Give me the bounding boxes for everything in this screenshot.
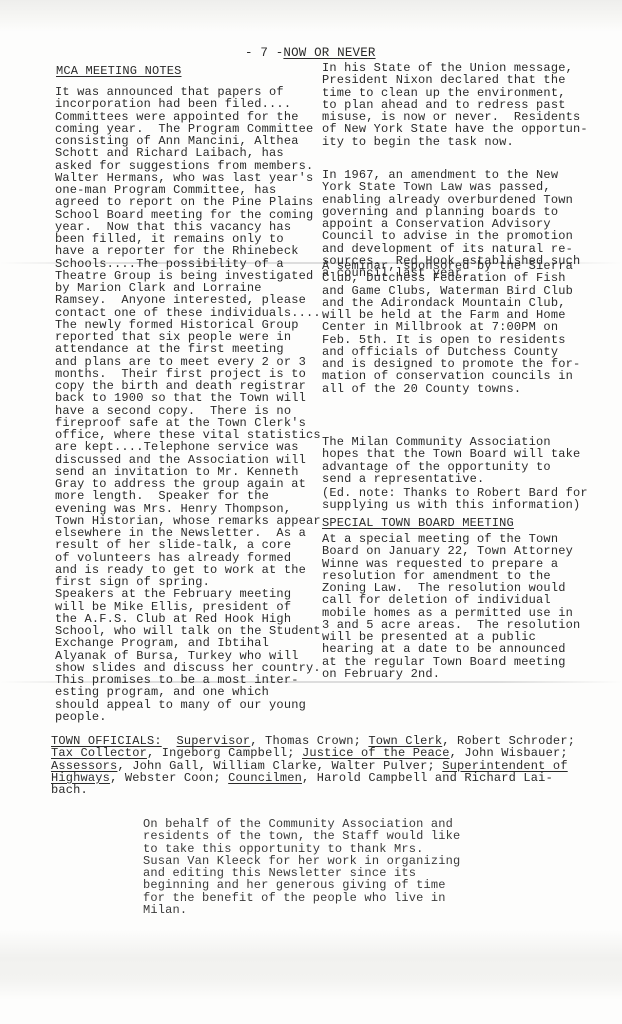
section-heading-mca-meeting-notes: MCA MEETING NOTES	[56, 65, 181, 77]
town-officials-block: TOWN OFFICIALS: Supervisor, Thomas Crown…	[51, 735, 575, 796]
now-or-never-paragraph-1: In his State of the Union message, Presi…	[322, 62, 588, 148]
highways-name: , Webster Coon;	[110, 771, 228, 785]
councilmen-label: Councilmen	[228, 771, 302, 785]
special-town-board-meeting-body: At a special meeting of the Town Board o…	[322, 533, 580, 680]
article-title-now-or-never: NOW OR NEVER	[283, 46, 375, 60]
now-or-never-paragraph-4: The Milan Community Association hopes th…	[322, 436, 580, 485]
page-number: - 7 -	[245, 46, 283, 60]
section-heading-special-town-board-meeting: SPECIAL TOWN BOARD MEETING	[322, 517, 514, 529]
councilmen-names: , Harold Campbell and Richard Lai-	[302, 771, 553, 785]
thank-you-note: On behalf of the Community Association a…	[143, 818, 460, 916]
page-header: - 7 -NOW OR NEVER	[245, 47, 376, 59]
paper-edge-top	[0, 0, 622, 32]
editor-note: (Ed. note: Thanks to Robert Bard for sup…	[322, 487, 588, 512]
now-or-never-paragraph-3: A seminar, sponsored by the Sierra Club,…	[322, 260, 580, 395]
councilmen-names-end: bach.	[51, 783, 88, 797]
paper-edge-bottom	[0, 930, 622, 1000]
mca-meeting-notes-body: It was announced that papers of incorpor…	[55, 86, 321, 723]
